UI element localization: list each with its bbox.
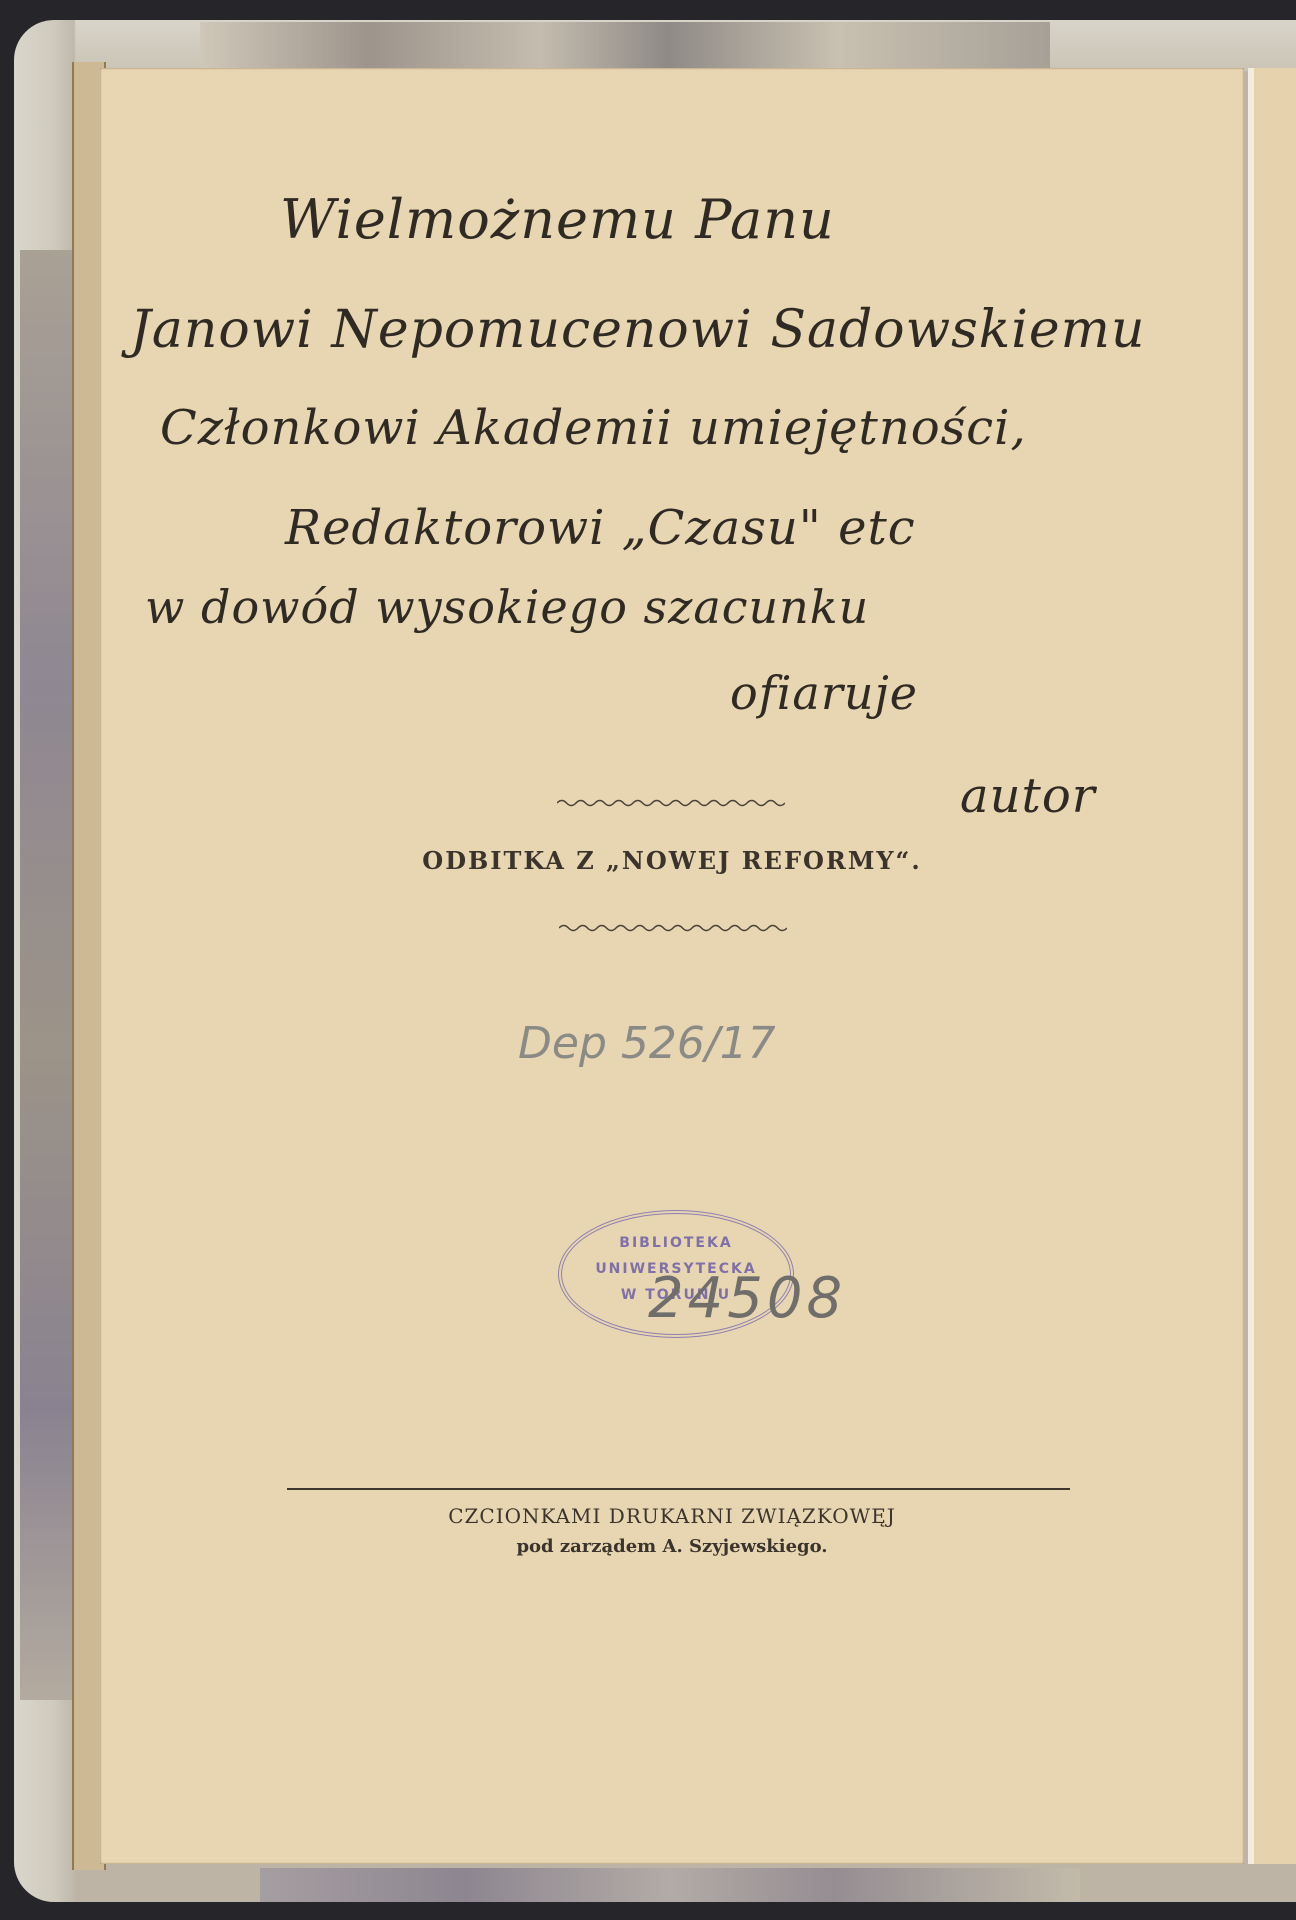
marbled-board-bottom — [260, 1868, 1080, 1902]
marbled-board-left — [20, 250, 72, 1700]
dedication-line-3: Członkowi Akademii umiejętności, — [160, 400, 1027, 456]
ornament-wave-top — [557, 798, 785, 808]
marbled-board-top — [200, 22, 1050, 70]
printer-line-1: CZCIONKAMI DRUKARNI ZWIĄZKOWĘJ — [100, 1504, 1244, 1528]
ornament-wave-bottom — [559, 923, 787, 933]
accession-number: 24508 — [648, 1266, 846, 1331]
signature: autor — [960, 768, 1096, 824]
pencil-shelfmark: Dep 526/17 — [518, 1018, 776, 1069]
title-page: Wielmożnemu Panu Janowi Nepomucenowi Sad… — [100, 68, 1244, 1864]
reprint-title: ODBITKA Z „NOWEJ REFORMY“. — [100, 846, 1244, 875]
dedication-line-1: Wielmożnemu Panu — [280, 188, 835, 251]
facing-page-edge — [1248, 68, 1296, 1864]
printer-rule — [287, 1488, 1070, 1490]
dedication-line-5: w dowód wysokiego szacunku — [145, 580, 869, 634]
dedication-line-2: Janowi Nepomucenowi Sadowskiemu — [130, 300, 1145, 360]
stamp-line-1: BIBLIOTEKA — [562, 1230, 790, 1256]
dedication-line-4: Redaktorowi „Czasu" etc — [285, 500, 916, 556]
printer-line-2: pod zarządem A. Szyjewskiego. — [100, 1536, 1244, 1557]
dedication-line-6: ofiaruje — [730, 666, 918, 720]
